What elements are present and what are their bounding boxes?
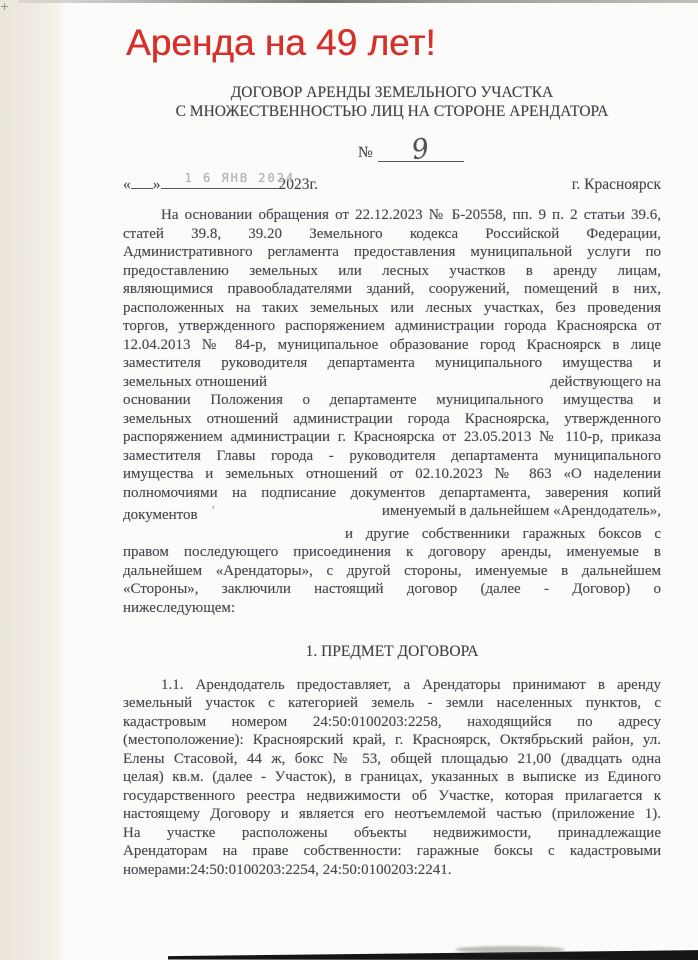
text-line: земельных отношений администрации города… <box>123 410 661 429</box>
scanned-document-page: + Аренда на 49 лет! ДОГОВОР АРЕНДЫ ЗЕМЕЛ… <box>0 0 698 960</box>
text-line: Арендаторам на праве собственности: гара… <box>123 842 661 861</box>
city-label: г. Красноярск <box>572 176 661 194</box>
scan-bottom-edge <box>168 948 698 960</box>
date-stamp: 1 6 ЯНВ 2024 <box>185 171 296 185</box>
preamble-paragraph: На основании обращения от 22.12.2023 № Б… <box>123 206 661 617</box>
scan-smudge <box>455 946 565 953</box>
document-title-line1: ДОГОВОР АРЕНДЫ ЗЕМЕЛЬНОГО УЧАСТКА <box>123 84 661 103</box>
text-line: (местоположение): Красноярский край, г. … <box>123 731 661 750</box>
text-line: документовʻименуемый в дальнейшем «Аренд… <box>123 502 661 525</box>
handwritten-number: 9 <box>410 136 431 165</box>
number-label: № <box>358 144 373 162</box>
section-heading: 1. ПРЕДМЕТ ДОГОВОРА <box>123 643 661 662</box>
text-line: распоряжением администрации г. Красноярс… <box>123 428 661 447</box>
scan-left-edge <box>0 0 66 960</box>
text-line: заместителя руководителя департамента му… <box>123 354 661 373</box>
text-line: На участке расположены объекты недвижимо… <box>123 824 661 843</box>
date-month-blank: 1 6 ЯНВ 2024 <box>161 173 279 189</box>
clause-1-1-paragraph: 1.1. Арендодатель предоставляет, а Аренд… <box>123 676 661 880</box>
text-line: дальнейшем «Арендаторы», с другой сторон… <box>123 562 661 581</box>
text-line: являющимися правообладателями зданий, со… <box>123 280 661 299</box>
text-line: Административного регламента предоставле… <box>123 243 661 262</box>
text-line: государственного реестра недвижимости об… <box>123 787 661 806</box>
text-line: заместителя Главы города - руководителя … <box>123 447 661 466</box>
text-line: предоставлению земельных или лесных учас… <box>123 262 661 281</box>
date-row: « » 1 6 ЯНВ 2024 2023г. г. Красноярск <box>123 173 661 194</box>
text-line: статей 39.8, 39.20 Земельного кодекса Ро… <box>123 225 661 244</box>
text-line: 12.04.2013 № 84-р, муниципальное образов… <box>123 336 661 355</box>
document-title: ДОГОВОР АРЕНДЫ ЗЕМЕЛЬНОГО УЧАСТКА С МНОЖ… <box>123 84 661 121</box>
scan-corner-mark: + <box>0 0 9 13</box>
date-close-quote: » <box>153 176 161 194</box>
text-line: настоящему Договору и является его неотъ… <box>123 805 661 824</box>
date-blank-group: « » 1 6 ЯНВ 2024 2023г. <box>123 173 318 194</box>
number-blank-line: 9 <box>378 137 464 162</box>
date-day-blank <box>131 173 153 189</box>
date-open-quote: « <box>123 176 131 194</box>
text-line: имущества и земельных отношений от 02.10… <box>123 465 661 484</box>
text-line: правом последующего присоединения к дого… <box>123 543 661 562</box>
text-line: полномочиями на подписание документов де… <box>123 484 661 503</box>
contract-number-row: № 9 <box>358 136 464 162</box>
handwritten-annotation: Аренда на 49 лет! <box>126 22 436 64</box>
text-line: расположенных на таких земельных или лес… <box>123 299 661 318</box>
scan-tick-mark: ʻ <box>212 502 215 521</box>
text-line: номерами:24:50:0100203:2254, 24:50:01002… <box>123 861 661 880</box>
text-line: торгов, утвержденного распоряжением адми… <box>123 317 661 336</box>
text-line: нижеследующем: <box>123 599 661 618</box>
text-line: земельных отношенийдействующего на <box>123 373 661 392</box>
text-line: кадастровым номером 24:50:0100203:2258, … <box>123 713 661 732</box>
text-line: 1.1. Арендодатель предоставляет, а Аренд… <box>123 676 661 695</box>
document-body: На основании обращения от 22.12.2023 № Б… <box>123 206 661 879</box>
scan-top-edge <box>18 0 698 3</box>
text-line: земельный участок с категорией земель - … <box>123 694 661 713</box>
text-line: основании Положения о департаменте муниц… <box>123 391 661 410</box>
text-line: Елены Стасовой, 44 ж, бокс № 53, общей п… <box>123 750 661 769</box>
document-title-line2: С МНОЖЕСТВЕННОСТЬЮ ЛИЦ НА СТОРОНЕ АРЕНДА… <box>123 103 661 122</box>
text-line: целая) кв.м. (далее - Участок), в границ… <box>123 768 661 787</box>
text-line: «Стороны», заключили настоящий договор (… <box>123 580 661 599</box>
text-line: На основании обращения от 22.12.2023 № Б… <box>123 206 661 225</box>
text-line: и другие собственники гаражных боксов с <box>123 525 661 544</box>
